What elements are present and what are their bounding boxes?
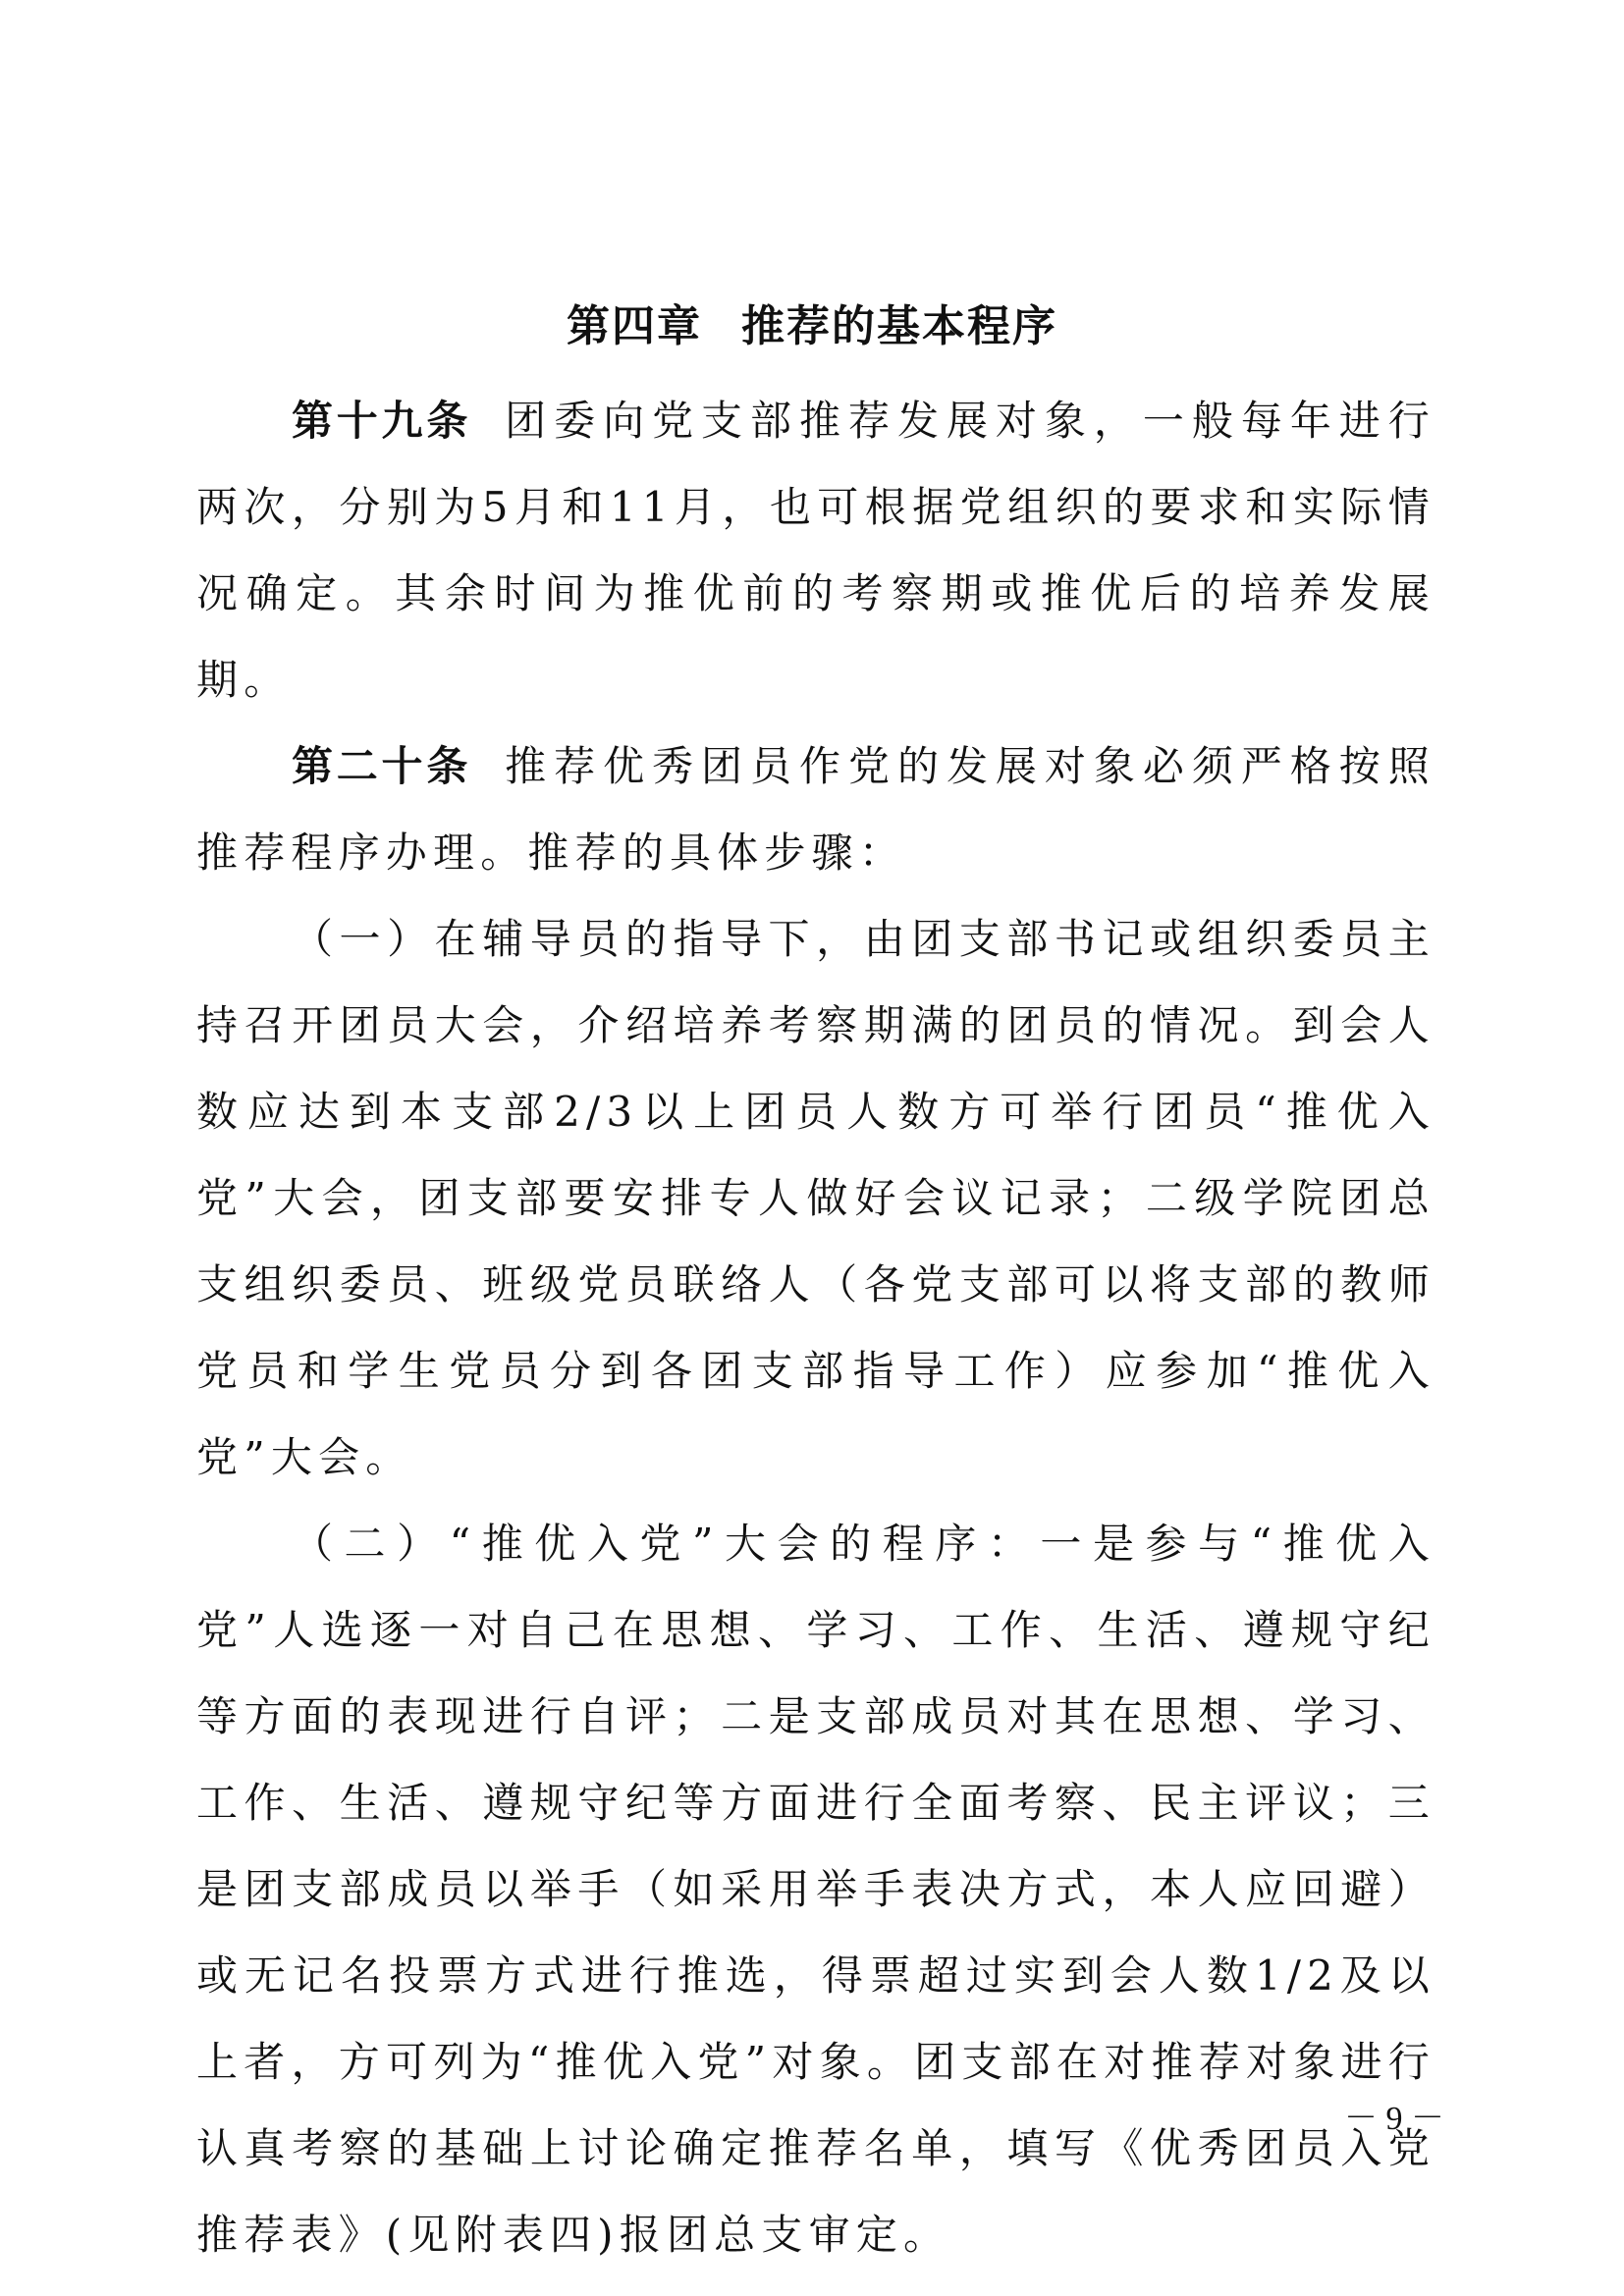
chapter-title-text: 推荐的基本程序 bbox=[741, 301, 1057, 351]
page-number: － 9 － bbox=[1316, 2091, 1473, 2139]
chapter-heading: 第四章推荐的基本程序 bbox=[0, 294, 1624, 359]
document-page: 第四章推荐的基本程序 第十九条团委向党支部推荐发展对象，一般每年进行两次，分别为… bbox=[0, 0, 1624, 2296]
paragraph-text: （二）“推优入党”大会的程序：一是参与“推优入党”人选逐一对自己在思想、学习、工… bbox=[196, 1520, 1435, 2259]
step-two-paragraph: （二）“推优入党”大会的程序：一是参与“推优入党”人选逐一对自己在思想、学习、工… bbox=[196, 1501, 1435, 2278]
chapter-number: 第四章 bbox=[567, 301, 702, 351]
body-text: 第十九条团委向党支部推荐发展对象，一般每年进行两次，分别为5月和11月，也可根据… bbox=[196, 378, 1435, 2278]
article-19-paragraph: 第十九条团委向党支部推荐发展对象，一般每年进行两次，分别为5月和11月，也可根据… bbox=[196, 378, 1435, 723]
paragraph-text: （一）在辅导员的指导下，由团支部书记或组织委员主持召开团员大会，介绍培养考察期满… bbox=[196, 915, 1435, 1481]
article-number: 第十九条 bbox=[292, 397, 471, 445]
article-20-paragraph: 第二十条推荐优秀团员作党的发展对象必须严格按照推荐程序办理。推荐的具体步骤： bbox=[196, 723, 1435, 896]
article-number: 第二十条 bbox=[292, 742, 471, 790]
step-one-paragraph: （一）在辅导员的指导下，由团支部书记或组织委员主持召开团员大会，介绍培养考察期满… bbox=[196, 896, 1435, 1501]
